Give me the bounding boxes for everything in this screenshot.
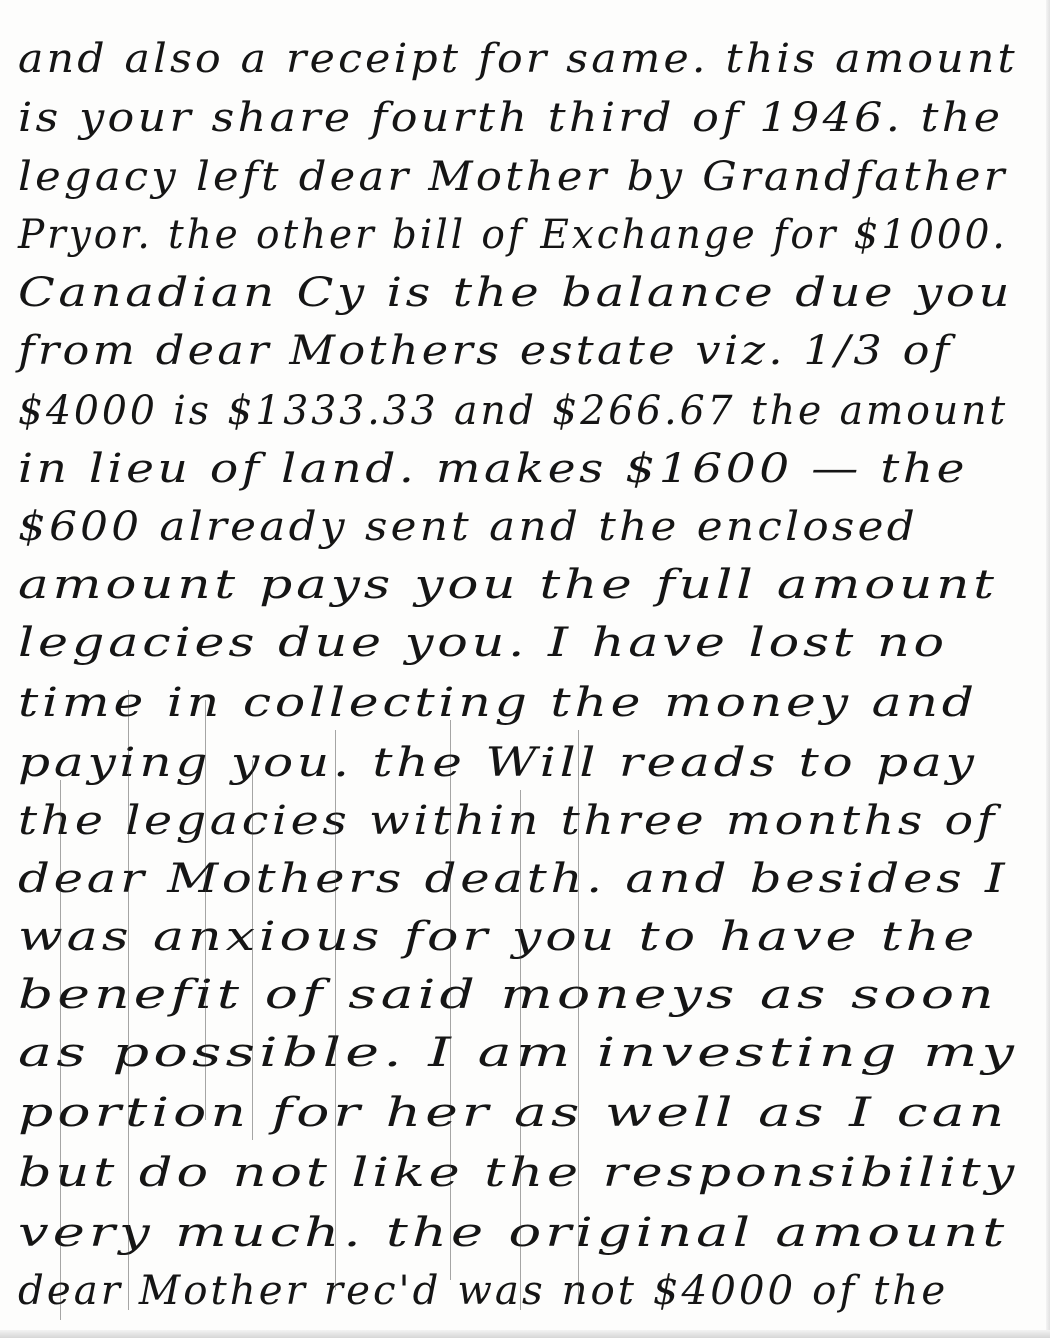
text-line: as possible. I am investing my xyxy=(18,1030,1018,1076)
text-line: portion for her as well as I can xyxy=(18,1090,1008,1136)
text-line: was anxious for you to have the xyxy=(18,914,978,960)
cross-writing-layer xyxy=(0,0,1050,1338)
text-line: $600 already sent and the enclosed xyxy=(18,504,918,550)
text-line: but do not like the responsibility xyxy=(18,1150,1018,1196)
text-line: $4000 is $1333.33 and $266.67 the amount xyxy=(18,388,1008,434)
text-line: in lieu of land. makes $1600 — the xyxy=(18,446,968,492)
text-line: Canadian Cy is the balance due you xyxy=(18,270,1013,316)
text-line: Pryor. the other bill of Exchange for $1… xyxy=(18,212,1008,258)
text-line: dear Mother rec'd was not $4000 of the xyxy=(18,1268,948,1314)
text-line: dear Mothers death. and besides I xyxy=(18,856,1008,902)
text-line: and also a receipt for same. this amount xyxy=(18,36,1018,82)
text-line: legacy left dear Mother by Grandfather xyxy=(18,154,1008,200)
text-line: from dear Mothers estate viz. 1/3 of xyxy=(18,328,953,374)
text-line: is your share fourth third of 1946. the xyxy=(18,95,1003,141)
text-line: legacies due you. I have lost no xyxy=(18,620,948,666)
page-edge xyxy=(1046,0,1050,1338)
letter-page: and also a receipt for same. this amount… xyxy=(0,0,1050,1338)
text-line: amount pays you the full amount xyxy=(18,562,998,608)
text-line: the legacies within three months of xyxy=(18,798,998,844)
text-line: very much. the original amount xyxy=(18,1210,1008,1256)
text-line: paying you. the Will reads to pay xyxy=(18,740,978,786)
text-line: time in collecting the money and xyxy=(18,680,978,726)
text-line: benefit of said moneys as soon xyxy=(18,972,998,1018)
